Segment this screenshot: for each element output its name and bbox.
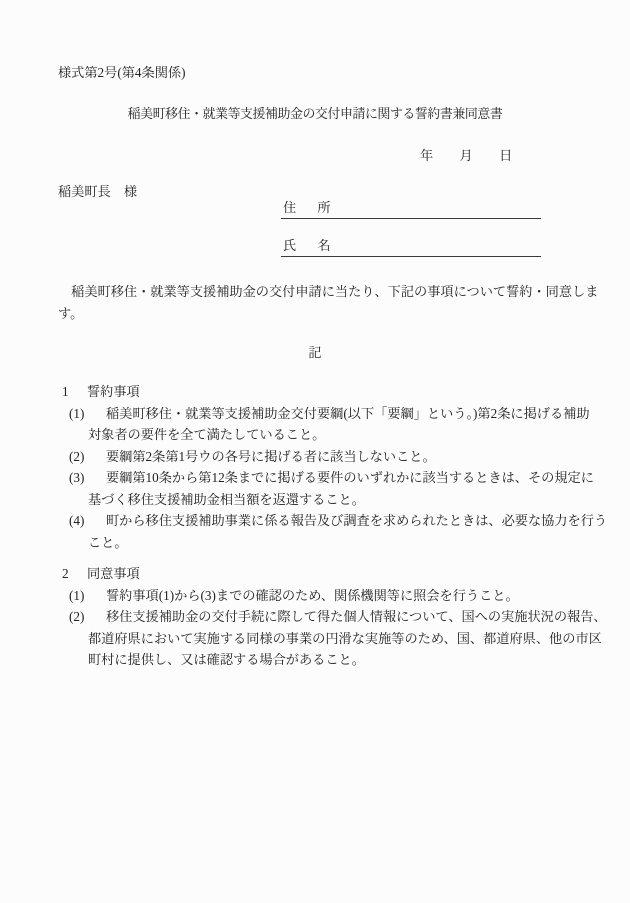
intro-paragraph: 稲美町移住・就業等支援補助金の交付申請に当たり、下記の事項について誓約・同意しま… [58, 281, 606, 324]
section-number: 1 [62, 381, 69, 403]
item-line: 町村に提供し、又は確認する場合があること。 [58, 649, 606, 671]
intro-line: す。 [58, 303, 606, 325]
item-number: (2) [69, 606, 84, 628]
item-line: 都道府県において実施する同様の事業の円滑な実施等のため、国、都道府県、他の市区 [58, 628, 606, 650]
list-item: (2) 移住支援補助金の交付手続に際して得た個人情報について、国への実施状況の報… [58, 606, 606, 671]
list-item: (1) 稲美町移住・就業等支援補助金交付要綱(以下「要綱」という。)第2条に掲げ… [58, 403, 606, 446]
name-field-label: 氏 名 [281, 236, 335, 256]
ki-marker: 記 [0, 342, 630, 364]
list-item: (4) 町から移住支援補助事業に係る報告及び調査を求められたときは、必要な協力を… [58, 510, 606, 553]
name-field[interactable]: 氏 名 [281, 236, 541, 257]
section-heading-label: 誓約事項 [87, 384, 140, 399]
item-number: (3) [69, 467, 84, 489]
section-heading: 2 同意事項 [58, 563, 606, 585]
section-heading: 1 誓約事項 [58, 381, 606, 403]
list-item: (3) 要綱第10条から第12条までに掲げる要件のいずれかに該当するときは、その… [58, 467, 606, 510]
item-line: 対象者の要件を全て満たしていること。 [58, 424, 606, 446]
section-number: 2 [62, 563, 69, 585]
item-number: (4) [69, 510, 84, 532]
item-line: 稲美町移住・就業等支援補助金交付要綱(以下「要綱」という。)第2条に掲げる補助 [58, 403, 606, 425]
item-line: 移住支援補助金の交付手続に際して得た個人情報について、国への実施状況の報告、 [58, 606, 606, 628]
section-pledge: 1 誓約事項 (1) 稲美町移住・就業等支援補助金交付要綱(以下「要綱」という。… [58, 381, 606, 553]
list-item: (2) 要綱第2条第1号ウの各号に掲げる者に該当しないこと。 [58, 446, 606, 468]
section-consent: 2 同意事項 (1) 誓約事項(1)から(3)までの確認のため、関係機関等に照会… [58, 563, 606, 671]
section-heading-label: 同意事項 [87, 566, 140, 581]
form-number: 様式第2号(第4条関係) [58, 63, 185, 83]
item-number: (1) [69, 585, 84, 607]
item-line: 要綱第2条第1号ウの各号に掲げる者に該当しないこと。 [58, 446, 606, 468]
document-title: 稲美町移住・就業等支援補助金の交付申請に関する誓約書兼同意書 [0, 104, 630, 124]
intro-line: 稲美町移住・就業等支援補助金の交付申請に当たり、下記の事項について誓約・同意しま [58, 281, 606, 303]
item-number: (1) [69, 403, 84, 425]
addressee-line: 稲美町長 様 [58, 182, 137, 202]
item-line: 要綱第10条から第12条までに掲げる要件のいずれかに該当するときは、その規定に [58, 467, 606, 489]
document-page: 様式第2号(第4条関係) 稲美町移住・就業等支援補助金の交付申請に関する誓約書兼… [0, 0, 630, 903]
item-line: 誓約事項(1)から(3)までの確認のため、関係機関等に照会を行うこと。 [58, 585, 606, 607]
item-line: 町から移住支援補助事業に係る報告及び調査を求められたときは、必要な協力を行う [58, 510, 606, 532]
item-line: こと。 [58, 532, 606, 554]
list-item: (1) 誓約事項(1)から(3)までの確認のため、関係機関等に照会を行うこと。 [58, 585, 606, 607]
item-line: 基づく移住支援補助金相当額を返還すること。 [58, 489, 606, 511]
address-field[interactable]: 住 所 [281, 198, 541, 219]
item-number: (2) [69, 446, 84, 468]
date-line: 年 月 日 [420, 146, 512, 166]
address-field-label: 住 所 [281, 198, 335, 218]
